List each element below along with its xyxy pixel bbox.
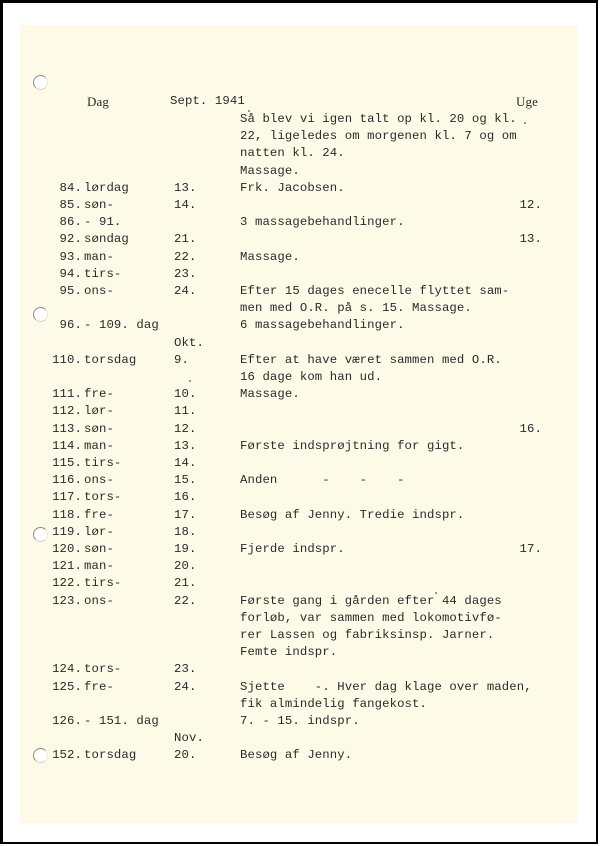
day-number: 94. (60, 266, 82, 283)
note: Besøg af Jenny. (240, 747, 352, 764)
column-header-week: Uge (516, 93, 538, 110)
diary-row: Massage. (0, 163, 600, 180)
date: 24. (174, 679, 196, 696)
note: fik almindelig fangekost. (240, 696, 427, 713)
weekday: man- (84, 249, 114, 266)
diary-row: 94.tirs-23. (0, 266, 600, 283)
diary-row: Nov. (0, 730, 600, 747)
date: 11. (174, 403, 196, 420)
weekday: ons- (84, 472, 114, 489)
note: natten kl. 24. (240, 145, 345, 162)
date: 22. (174, 249, 196, 266)
punch-hole (33, 75, 48, 90)
note: 22, ligeledes om morgenen kl. 7 og om (240, 128, 517, 145)
day-number: 113. (52, 421, 82, 438)
day-number: 86. (60, 214, 82, 231)
day-number: 116. (52, 472, 82, 489)
weekday: lør- (84, 524, 114, 541)
diary-row: 16 dage kom han ud. (0, 369, 600, 386)
day-number: 114. (52, 438, 82, 455)
weekday: ons- (84, 593, 114, 610)
day-number: 120. (52, 541, 82, 558)
day-number: 117. (52, 489, 82, 506)
weekday: - 151. dag (84, 713, 159, 730)
date: 10. (174, 386, 196, 403)
note: Efter 15 dages enecelle flyttet sam- (240, 283, 509, 300)
weekday: - 109. dag (84, 317, 159, 334)
diary-row: 84.lørdag13.Frk. Jacobsen. (0, 180, 600, 197)
diary-row: 125.fre-24.Sjette -. Hver dag klage over… (0, 679, 600, 696)
week-number: 13. (520, 231, 542, 248)
weekday: søn- (84, 421, 114, 438)
date: 20. (174, 747, 196, 764)
weekday: fre- (84, 507, 114, 524)
note: Anden - - - (240, 472, 405, 489)
note: Massage. (240, 249, 300, 266)
weekday: torsdag (84, 747, 136, 764)
day-number: 119. (52, 524, 82, 541)
diary-row: 96.- 109. dag6 massagebehandlinger. (0, 317, 600, 334)
date: 21. (174, 575, 196, 592)
diary-row: 22, ligeledes om morgenen kl. 7 og om (0, 128, 600, 145)
note: 7. - 15. indspr. (240, 713, 360, 730)
weekday: søn- (84, 197, 114, 214)
date: 22. (174, 593, 196, 610)
diary-row: men med O.R. på s. 15. Massage. (0, 300, 600, 317)
date: 21. (174, 231, 196, 248)
weekday: - 91. (84, 214, 121, 231)
day-number: 123. (52, 593, 82, 610)
date: 16. (174, 489, 196, 506)
day-number: 84. (60, 180, 82, 197)
weekday: lør- (84, 403, 114, 420)
note: Første indsprøjtning for gigt. (240, 438, 464, 455)
diary-row: 92.søndag21.13. (0, 231, 600, 248)
day-number: 93. (60, 249, 82, 266)
day-number: 112. (52, 403, 82, 420)
diary-row: 126.- 151. dag7. - 15. indspr. (0, 713, 600, 730)
day-number: 92. (60, 231, 82, 248)
weekday: fre- (84, 386, 114, 403)
date: 19. (174, 541, 196, 558)
date: 18. (174, 524, 196, 541)
weekday: man- (84, 558, 114, 575)
diary-row: 120.søn-19.Fjerde indspr.17. (0, 541, 600, 558)
diary-row: 116.ons-15.Anden - - - (0, 472, 600, 489)
diary-row: 93.man-22.Massage. (0, 249, 600, 266)
diary-row: forløb, var sammen med lokomotivfø- (0, 610, 600, 627)
diary-row: Så blev vi igen talt op kl. 20 og kl. (0, 111, 600, 128)
date: 14. (174, 197, 196, 214)
diary-row: 124.tors-23. (0, 661, 600, 678)
note: Efter at have været sammen med O.R. (240, 352, 502, 369)
diary-row: Okt. (0, 335, 600, 352)
week-number: 16. (520, 421, 542, 438)
diary-row: 85.søn-14.12. (0, 197, 600, 214)
note: Frk. Jacobsen. (240, 180, 345, 197)
weekday: søndag (84, 231, 129, 248)
day-number: 126. (52, 713, 82, 730)
date: 24. (174, 283, 196, 300)
diary-row: 112.lør-11. (0, 403, 600, 420)
note: 6 massagebehandlinger. (240, 317, 405, 334)
day-number: 124. (52, 661, 82, 678)
note: Sjette -. Hver dag klage over maden, (240, 679, 532, 696)
diary-row: 117.tors-16. (0, 489, 600, 506)
date: 14. (174, 455, 196, 472)
diary-row: rer Lassen og fabriksinsp. Jarner. (0, 627, 600, 644)
date: 23. (174, 661, 196, 678)
note: men med O.R. på s. 15. Massage. (240, 300, 472, 317)
weekday: lørdag (84, 180, 129, 197)
day-number: 125. (52, 679, 82, 696)
note: Femte indspr. (240, 644, 337, 661)
weekday: tirs- (84, 266, 121, 283)
weekday: tors- (84, 661, 121, 678)
note: Første gang i gården efter 44 dages (240, 593, 502, 610)
diary-row: natten kl. 24. (0, 145, 600, 162)
note: Fjerde indspr. (240, 541, 345, 558)
diary-row: 113.søn-12.16. (0, 421, 600, 438)
note: forløb, var sammen med lokomotivfø- (240, 610, 502, 627)
diary-row: 114.man-13.Første indsprøjtning for gigt… (0, 438, 600, 455)
diary-row: 111.fre-10.Massage. (0, 386, 600, 403)
weekday: torsdag (84, 352, 136, 369)
day-number: 122. (52, 575, 82, 592)
date: 17. (174, 507, 196, 524)
week-number: 12. (520, 197, 542, 214)
day-number: 95. (60, 283, 82, 300)
diary-row: 122.tirs-21. (0, 575, 600, 592)
weekday: tirs- (84, 455, 121, 472)
note: Massage. (240, 163, 300, 180)
date: 9. (174, 352, 189, 369)
day-number: 118. (52, 507, 82, 524)
diary-row: 119.lør-18. (0, 524, 600, 541)
note: Besøg af Jenny. Tredie indspr. (240, 507, 464, 524)
weekday: fre- (84, 679, 114, 696)
day-number: 110. (52, 352, 82, 369)
date: 12. (174, 421, 196, 438)
note: 3 massagebehandlinger. (240, 214, 405, 231)
diary-row: 152.torsdag20.Besøg af Jenny. (0, 747, 600, 764)
day-number: 111. (52, 386, 82, 403)
diary-row: 95.ons-24.Efter 15 dages enecelle flytte… (0, 283, 600, 300)
note: rer Lassen og fabriksinsp. Jarner. (240, 627, 494, 644)
weekday: tors- (84, 489, 121, 506)
diary-row: 118.fre-17.Besøg af Jenny. Tredie indspr… (0, 507, 600, 524)
diary-row: 123.ons-22.Første gang i gården efter 44… (0, 593, 600, 610)
date: 15. (174, 472, 196, 489)
note: Massage. (240, 386, 300, 403)
diary-row: 115.tirs-14. (0, 455, 600, 472)
diary-row: Femte indspr. (0, 644, 600, 661)
date: Okt. (174, 335, 204, 352)
day-number: 85. (60, 197, 82, 214)
diary-row: 110.torsdag9.Efter at have været sammen … (0, 352, 600, 369)
diary-row: 121.man-20. (0, 558, 600, 575)
column-header-day: Dag (87, 93, 109, 110)
weekday: søn- (84, 541, 114, 558)
weekday: man- (84, 438, 114, 455)
date: 20. (174, 558, 196, 575)
week-number: 17. (520, 541, 542, 558)
diary-row: 86.- 91.3 massagebehandlinger. (0, 214, 600, 231)
note: 16 dage kom han ud. (240, 369, 382, 386)
date: Nov. (174, 730, 204, 747)
date: 23. (174, 266, 196, 283)
day-number: 115. (52, 455, 82, 472)
column-header-month: Sept. 1941 (170, 93, 245, 110)
weekday: ons- (84, 283, 114, 300)
weekday: tirs- (84, 575, 121, 592)
day-number: 152. (52, 747, 82, 764)
date: 13. (174, 180, 196, 197)
diary-row: fik almindelig fangekost. (0, 696, 600, 713)
day-number: 121. (52, 558, 82, 575)
day-number: 96. (60, 317, 82, 334)
date: 13. (174, 438, 196, 455)
note: Så blev vi igen talt op kl. 20 og kl. (240, 111, 517, 128)
